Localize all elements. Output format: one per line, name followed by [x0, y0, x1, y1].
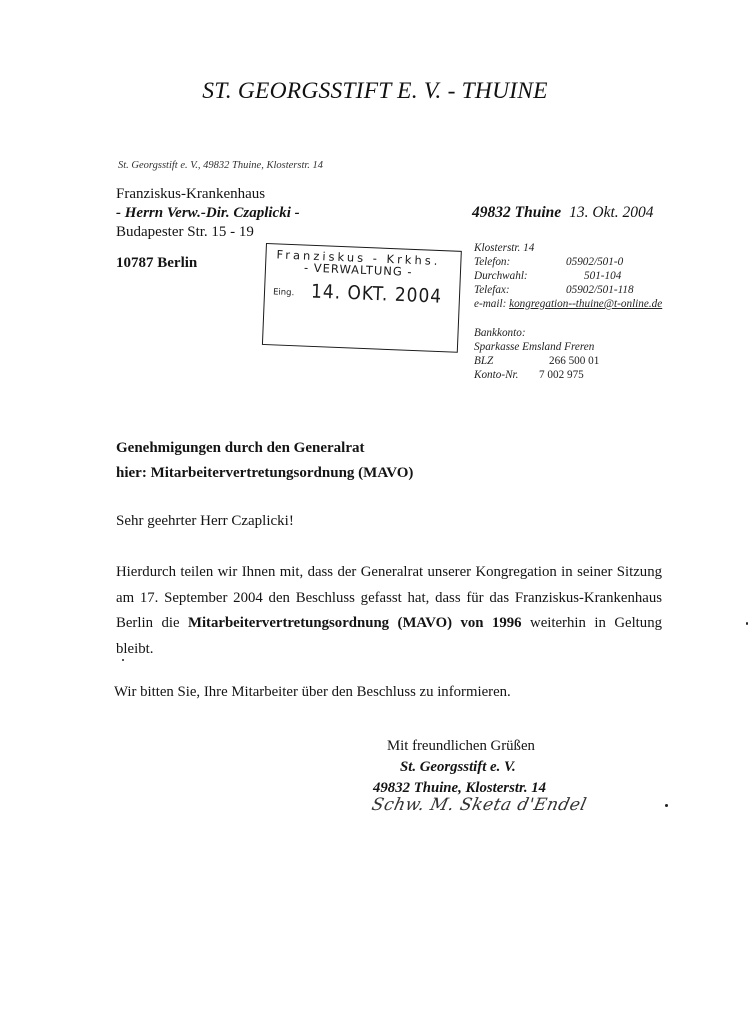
recipient-street: Budapester Str. 15 - 19	[116, 223, 300, 242]
request-paragraph: Wir bitten Sie, Ihre Mitarbeiter über de…	[114, 684, 511, 701]
contact-row: Telefax:05902/501-118	[474, 283, 662, 297]
contact-email-row: e-mail: kongregation--thuine@t-online.de	[474, 297, 662, 311]
subject-line2: hier: Mitarbeitervertretungsordnung (MAV…	[116, 461, 413, 486]
scan-speck	[665, 804, 668, 807]
dateline-place: 49832 Thuine	[472, 204, 561, 221]
recipient-city: 10787 Berlin	[116, 255, 197, 272]
bank-block: Bankkonto: Sparkasse Emsland Freren BLZ2…	[474, 326, 599, 382]
sender-return-address: St. Georgsstift e. V., 49832 Thuine, Klo…	[118, 160, 323, 171]
body-paragraph: Hierdurch teilen wir Ihnen mit, dass der…	[116, 560, 662, 662]
bank-heading: Bankkonto:	[474, 326, 599, 340]
subject: Genehmigungen durch den Generalrat hier:…	[116, 436, 413, 486]
bank-blz: 266 500 01	[529, 355, 599, 367]
received-stamp: Franziskus - Krkhs. - VERWALTUNG - Eing.…	[262, 243, 462, 353]
contact-row: Telefon:05902/501-0	[474, 255, 662, 269]
contact-block: Klosterstr. 14 Telefon:05902/501-0 Durch…	[474, 241, 662, 311]
closing-org: St. Georgsstift e. V.	[387, 757, 546, 778]
handwritten-signature: Schw. M. Sketa d'Endel	[370, 795, 589, 815]
phone-value: 05902/501-0	[566, 255, 623, 269]
stamp-date: 14. OKT. 2004	[311, 281, 443, 309]
stamp-line2: - VERWALTUNG -	[304, 261, 413, 279]
letterhead-title: ST. GEORGSSTIFT E. V. - THUINE	[0, 78, 750, 105]
closing-block: Mit freundlichen Grüßen St. Georgsstift …	[387, 736, 546, 799]
scan-speck	[746, 622, 748, 625]
bank-name: Sparkasse Emsland Freren	[474, 340, 599, 354]
contact-row: Durchwahl:501-104	[474, 269, 662, 283]
recipient-attention: - Herrn Verw.-Dir. Czaplicki -	[116, 204, 300, 223]
salutation: Sehr geehrter Herr Czaplicki!	[116, 513, 294, 530]
recipient-address: Franziskus-Krankenhaus - Herrn Verw.-Dir…	[116, 185, 300, 242]
recipient-name: Franziskus-Krankenhaus	[116, 185, 300, 204]
dateline-date: 13. Okt. 2004	[569, 204, 653, 221]
bank-account: 7 002 975	[529, 369, 584, 381]
email-link[interactable]: kongregation--thuine@t-online.de	[509, 298, 662, 310]
body-emphasis: Mitarbeitervertretungsordnung (MAVO) von…	[188, 615, 522, 631]
subject-line1: Genehmigungen durch den Generalrat	[116, 436, 413, 461]
fax-value: 05902/501-118	[566, 283, 634, 297]
scan-speck	[122, 659, 124, 661]
stamp-eing-label: Eing.	[273, 287, 295, 298]
closing-greeting: Mit freundlichen Grüßen	[387, 736, 546, 757]
contact-address: Klosterstr. 14	[474, 241, 662, 255]
dateline: 49832 Thuine13. Okt. 2004	[472, 204, 654, 222]
extension-value: 501-104	[566, 269, 621, 283]
